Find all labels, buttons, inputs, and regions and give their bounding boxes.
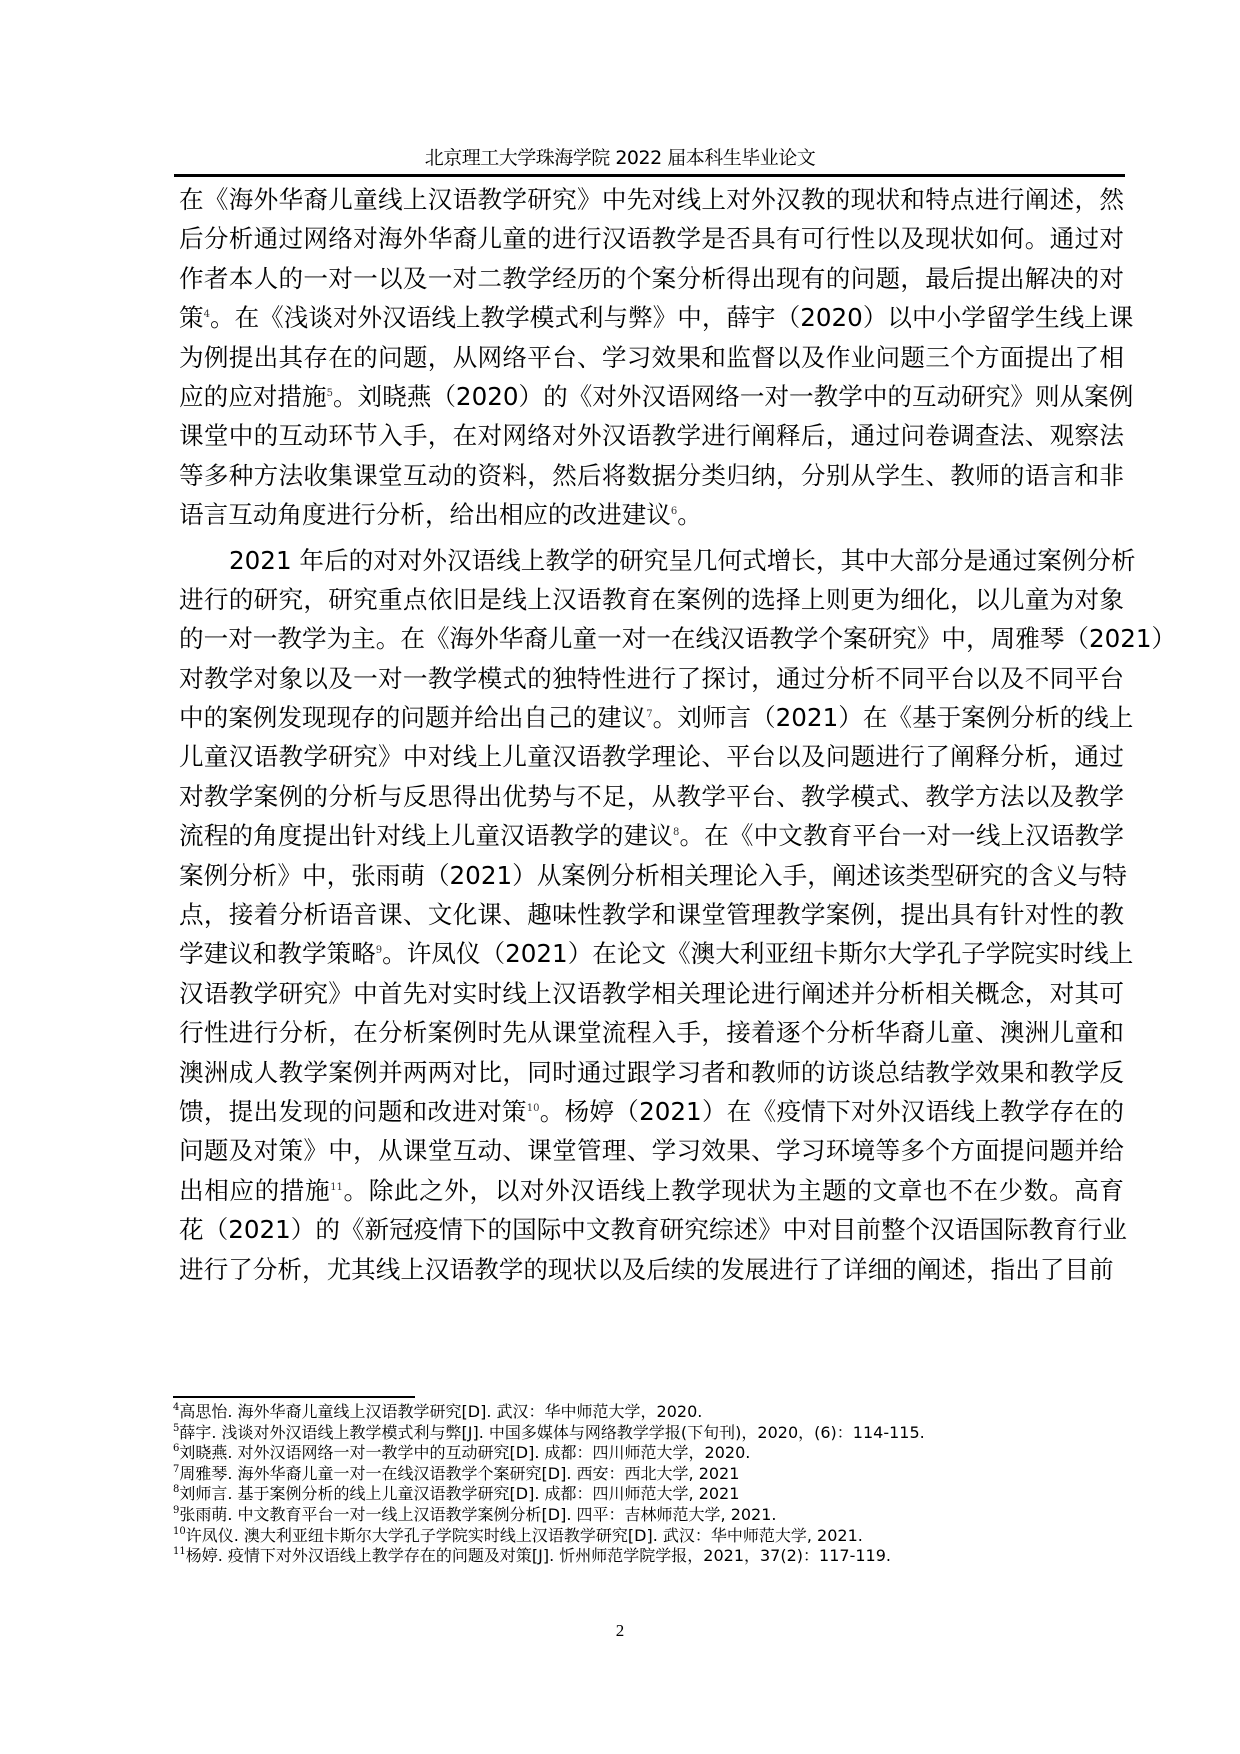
text-segment: 。 <box>677 500 702 529</box>
text-line: 策4。在《浅谈对外汉语线上教学模式利与弊》中，薛宇（2020）以中小学留学生线上… <box>179 298 1124 337</box>
text-line: 后分析通过网络对海外华裔儿童的进行汉语教学是否具有可行性以及现状如何。通过对 <box>179 219 1124 258</box>
text-segment: 对教学案例的分析与反思得出优势与不足，从教学平台、教学模式、教学方法以及教学 <box>179 782 1124 811</box>
text-line: 汉语教学研究》中首先对实时线上汉语教学相关理论进行阐述并分析相关概念，对其可 <box>179 974 1124 1013</box>
text-line: 流程的角度提出针对线上儿童汉语教学的建议8。在《中文教育平台一对一线上汉语教学 <box>179 816 1124 855</box>
text-line: 语言互动角度进行分析，给出相应的改进建议6。 <box>179 495 1124 534</box>
body-text: 在《海外华裔儿童线上汉语教学研究》中先对线上对外汉教的现状和特点进行阐述，然后分… <box>179 180 1124 1289</box>
text-segment: 汉语教学研究》中首先对实时线上汉语教学相关理论进行阐述并分析相关概念，对其可 <box>179 979 1124 1008</box>
text-line: 2021 年后的对对外汉语线上教学的研究呈几何式增长，其中大部分是通过案例分析 <box>179 541 1124 580</box>
text-line: 对教学对象以及一对一教学模式的独特性进行了探讨，通过分析不同平台以及不同平台 <box>179 659 1124 698</box>
text-segment: 进行了分析，尤其线上汉语教学的现状以及后续的发展进行了详细的阐述，指出了目前 <box>179 1255 1114 1284</box>
text-line: 出相应的措施11。除此之外，以对外汉语线上教学现状为主题的文章也不在少数。高育 <box>179 1171 1124 1210</box>
text-segment: 为例提出其存在的问题，从网络平台、学习效果和监督以及作业问题三个方面提出了相 <box>179 343 1124 372</box>
text-segment: 。许凤仪（2021）在论文《澳大利亚纽卡斯尔大学孔子学院实时线上 <box>382 939 1133 968</box>
text-line: 点，接着分析语音课、文化课、趣味性教学和课堂管理教学案例，提出具有针对性的教 <box>179 895 1124 934</box>
footnote-text: 刘师言. 基于案例分析的线上儿童汉语教学研究[D]. 成都：四川师范大学, 20… <box>179 1484 739 1503</box>
paragraph-1: 在《海外华裔儿童线上汉语教学研究》中先对线上对外汉教的现状和特点进行阐述，然后分… <box>179 180 1124 535</box>
footnote-item: 4高思怡. 海外华裔儿童线上汉语教学研究[D]. 武汉：华中师范大学，2020. <box>173 1402 1133 1423</box>
text-segment: 行性进行分析，在分析案例时先从课堂流程入手，接着逐个分析华裔儿童、澳洲儿童和 <box>179 1018 1124 1047</box>
text-segment: 对教学对象以及一对一教学模式的独特性进行了探讨，通过分析不同平台以及不同平台 <box>179 664 1124 693</box>
text-segment: 花（2021）的《新冠疫情下的国际中文教育研究综述》中对目前整个汉语国际教育行业 <box>179 1215 1127 1244</box>
text-line: 学建议和教学策略9。许凤仪（2021）在论文《澳大利亚纽卡斯尔大学孔子学院实时线… <box>179 934 1124 973</box>
text-segment: 出相应的措施 <box>179 1176 330 1205</box>
text-segment: 案例分析》中，张雨萌（2021）从案例分析相关理论入手，阐述该类型研究的含义与特 <box>179 861 1127 890</box>
footnote-reference[interactable]: 11 <box>330 1182 343 1193</box>
footnotes: 4高思怡. 海外华裔儿童线上汉语教学研究[D]. 武汉：华中师范大学，2020.… <box>173 1402 1133 1567</box>
footnote-text: 高思怡. 海外华裔儿童线上汉语教学研究[D]. 武汉：华中师范大学，2020. <box>179 1402 702 1421</box>
text-segment: 。在《浅谈对外汉语线上教学模式利与弊》中，薛宇（2020）以中小学留学生线上课 <box>210 303 1133 332</box>
text-line: 中的案例发现现存的问题并给出自己的建议7。刘师言（2021）在《基于案例分析的线… <box>179 698 1124 737</box>
footnote-item: 5薛宇. 浅谈对外汉语线上教学模式利与弊[J]. 中国多媒体与网络教学学报(下旬… <box>173 1423 1133 1444</box>
text-line: 儿童汉语教学研究》中对线上儿童汉语教学理论、平台以及问题进行了阐释分析，通过 <box>179 737 1124 776</box>
footnote-item: 6刘晓燕. 对外汉语网络一对一教学中的互动研究[D]. 成都：四川师范大学，20… <box>173 1443 1133 1464</box>
text-segment: 儿童汉语教学研究》中对线上儿童汉语教学理论、平台以及问题进行了阐释分析，通过 <box>179 742 1124 771</box>
footnote-reference[interactable]: 10 <box>527 1103 540 1114</box>
text-line: 澳洲成人教学案例并两两对比，同时通过跟学习者和教师的访谈总结教学效果和教学反 <box>179 1053 1124 1092</box>
page-number: 2 <box>0 1621 1240 1641</box>
footnote-divider <box>173 1396 415 1398</box>
text-segment: 后分析通过网络对海外华裔儿童的进行汉语教学是否具有可行性以及现状如何。通过对 <box>179 224 1124 253</box>
text-segment: 。除此之外，以对外汉语线上教学现状为主题的文章也不在少数。高育 <box>343 1176 1124 1205</box>
text-segment: 澳洲成人教学案例并两两对比，同时通过跟学习者和教师的访谈总结教学效果和教学反 <box>179 1058 1124 1087</box>
text-line: 在《海外华裔儿童线上汉语教学研究》中先对线上对外汉教的现状和特点进行阐述，然 <box>179 180 1124 219</box>
text-segment: 语言互动角度进行分析，给出相应的改进建议 <box>179 500 671 529</box>
text-line: 案例分析》中，张雨萌（2021）从案例分析相关理论入手，阐述该类型研究的含义与特 <box>179 856 1124 895</box>
footnote-mark: 10 <box>173 1526 186 1537</box>
text-segment: 策 <box>179 303 204 332</box>
text-line: 应的应对措施5。刘晓燕（2020）的《对外汉语网络一对一教学中的互动研究》则从案… <box>179 377 1124 416</box>
footnote-text: 杨婷. 疫情下对外汉语线上教学存在的问题及对策[J]. 忻州师范学院学报，202… <box>186 1546 891 1565</box>
text-segment: 应的应对措施 <box>179 382 327 411</box>
text-segment: 。刘师言（2021）在《基于案例分析的线上 <box>653 703 1134 732</box>
footnote-item: 10许凤仪. 澳大利亚纽卡斯尔大学孔子学院实时线上汉语教学研究[D]. 武汉：华… <box>173 1526 1133 1547</box>
text-segment: 课堂中的互动环节入手，在对网络对外汉语教学进行阐释后，通过问卷调查法、观察法 <box>179 421 1124 450</box>
text-segment: 。刘晓燕（2020）的《对外汉语网络一对一教学中的互动研究》则从案例 <box>333 382 1133 411</box>
footnote-text: 刘晓燕. 对外汉语网络一对一教学中的互动研究[D]. 成都：四川师范大学，202… <box>179 1443 750 1462</box>
footnote-text: 张雨萌. 中文教育平台一对一线上汉语教学案例分析[D]. 四平：吉林师范大学, … <box>179 1505 776 1524</box>
footnote-text: 许凤仪. 澳大利亚纽卡斯尔大学孔子学院实时线上汉语教学研究[D]. 武汉：华中师… <box>186 1526 863 1545</box>
text-segment: 。杨婷（2021）在《疫情下对外汉语线上教学存在的 <box>540 1097 1124 1126</box>
text-line: 的一对一教学为主。在《海外华裔儿童一对一在线汉语教学个案研究》中，周雅琴（202… <box>179 619 1124 658</box>
text-line: 行性进行分析，在分析案例时先从课堂流程入手，接着逐个分析华裔儿童、澳洲儿童和 <box>179 1013 1124 1052</box>
footnote-item: 11杨婷. 疫情下对外汉语线上教学存在的问题及对策[J]. 忻州师范学院学报，2… <box>173 1546 1133 1567</box>
footnote-item: 9张雨萌. 中文教育平台一对一线上汉语教学案例分析[D]. 四平：吉林师范大学,… <box>173 1505 1133 1526</box>
text-line: 进行了分析，尤其线上汉语教学的现状以及后续的发展进行了详细的阐述，指出了目前 <box>179 1250 1124 1289</box>
text-segment: 进行的研究，研究重点依旧是线上汉语教育在案例的选择上则更为细化，以儿童为对象 <box>179 585 1124 614</box>
text-line: 进行的研究，研究重点依旧是线上汉语教育在案例的选择上则更为细化，以儿童为对象 <box>179 580 1124 619</box>
text-segment: 馈，提出发现的问题和改进对策 <box>179 1097 527 1126</box>
footnote-text: 薛宇. 浅谈对外汉语线上教学模式利与弊[J]. 中国多媒体与网络教学学报(下旬刊… <box>179 1423 924 1442</box>
text-line: 课堂中的互动环节入手，在对网络对外汉语教学进行阐释后，通过问卷调查法、观察法 <box>179 416 1124 455</box>
footnote-mark: 11 <box>173 1546 186 1557</box>
text-line: 为例提出其存在的问题，从网络平台、学习效果和监督以及作业问题三个方面提出了相 <box>179 338 1124 377</box>
text-segment: 的一对一教学为主。在《海外华裔儿童一对一在线汉语教学个案研究》中，周雅琴（202… <box>179 624 1176 653</box>
footnote-item: 7周雅琴. 海外华裔儿童一对一在线汉语教学个案研究[D]. 西安：西北大学, 2… <box>173 1464 1133 1485</box>
text-segment: 中的案例发现现存的问题并给出自己的建议 <box>179 703 646 732</box>
text-segment: 在《海外华裔儿童线上汉语教学研究》中先对线上对外汉教的现状和特点进行阐述，然 <box>179 185 1124 214</box>
text-line: 馈，提出发现的问题和改进对策10。杨婷（2021）在《疫情下对外汉语线上教学存在… <box>179 1092 1124 1131</box>
text-segment: 问题及对策》中，从课堂互动、课堂管理、学习效果、学习环境等多个方面提问题并给 <box>179 1136 1124 1165</box>
text-line: 对教学案例的分析与反思得出优势与不足，从教学平台、教学模式、教学方法以及教学 <box>179 777 1124 816</box>
text-segment: 学建议和教学策略 <box>179 939 376 968</box>
footnote-text: 周雅琴. 海外华裔儿童一对一在线汉语教学个案研究[D]. 西安：西北大学, 20… <box>179 1464 739 1483</box>
text-segment: 点，接着分析语音课、文化课、趣味性教学和课堂管理教学案例，提出具有针对性的教 <box>179 900 1124 929</box>
text-line: 花（2021）的《新冠疫情下的国际中文教育研究综述》中对目前整个汉语国际教育行业 <box>179 1210 1124 1249</box>
paragraph-2: 2021 年后的对对外汉语线上教学的研究呈几何式增长，其中大部分是通过案例分析进… <box>179 541 1124 1289</box>
text-segment: 等多种方法收集课堂互动的资料，然后将数据分类归纳，分别从学生、教师的语言和非 <box>179 461 1124 490</box>
header-title: 北京理工大学珠海学院 2022 届本科生毕业论文 <box>0 146 1240 170</box>
text-line: 等多种方法收集课堂互动的资料，然后将数据分类归纳，分别从学生、教师的语言和非 <box>179 456 1124 495</box>
text-segment: 。在《中文教育平台一对一线上汉语教学 <box>679 821 1124 850</box>
footnote-item: 8刘师言. 基于案例分析的线上儿童汉语教学研究[D]. 成都：四川师范大学, 2… <box>173 1484 1133 1505</box>
text-segment: 作者本人的一对一以及一对二教学经历的个案分析得出现有的问题，最后提出解决的对 <box>179 264 1124 293</box>
text-segment: 流程的角度提出针对线上儿童汉语教学的建议 <box>179 821 673 850</box>
header-divider <box>174 174 1125 177</box>
text-line: 问题及对策》中，从课堂互动、课堂管理、学习效果、学习环境等多个方面提问题并给 <box>179 1131 1124 1170</box>
text-line: 作者本人的一对一以及一对二教学经历的个案分析得出现有的问题，最后提出解决的对 <box>179 259 1124 298</box>
text-segment: 2021 年后的对对外汉语线上教学的研究呈几何式增长，其中大部分是通过案例分析 <box>229 546 1136 575</box>
